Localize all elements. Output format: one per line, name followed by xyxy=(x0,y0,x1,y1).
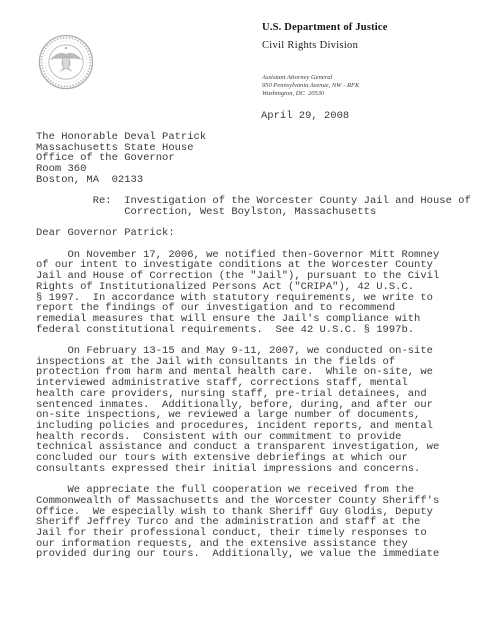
paragraph-1: On November 17, 2006, we notified then-G… xyxy=(36,250,471,336)
header-office-address: Assistant Attorney General 950 Pennsylva… xyxy=(262,74,359,98)
doj-seal-icon xyxy=(37,33,95,91)
letter-date: April 29, 2008 xyxy=(261,110,349,122)
header-division: Civil Rights Division xyxy=(262,40,358,51)
re-line: Re: Investigation of the Worcester Count… xyxy=(36,196,471,217)
recipient-address: The Honorable Deval Patrick Massachusett… xyxy=(36,132,471,186)
letter-body: The Honorable Deval Patrick Massachusett… xyxy=(36,132,471,571)
salutation: Dear Governor Patrick: xyxy=(36,228,471,239)
paragraph-2: On February 13-15 and May 9-11, 2007, we… xyxy=(36,346,471,474)
header-department: U.S. Department of Justice xyxy=(262,22,388,33)
paragraph-3: We appreciate the full cooperation we re… xyxy=(36,485,471,560)
letter-page: U.S. Department of Justice Civil Rights … xyxy=(0,0,494,639)
